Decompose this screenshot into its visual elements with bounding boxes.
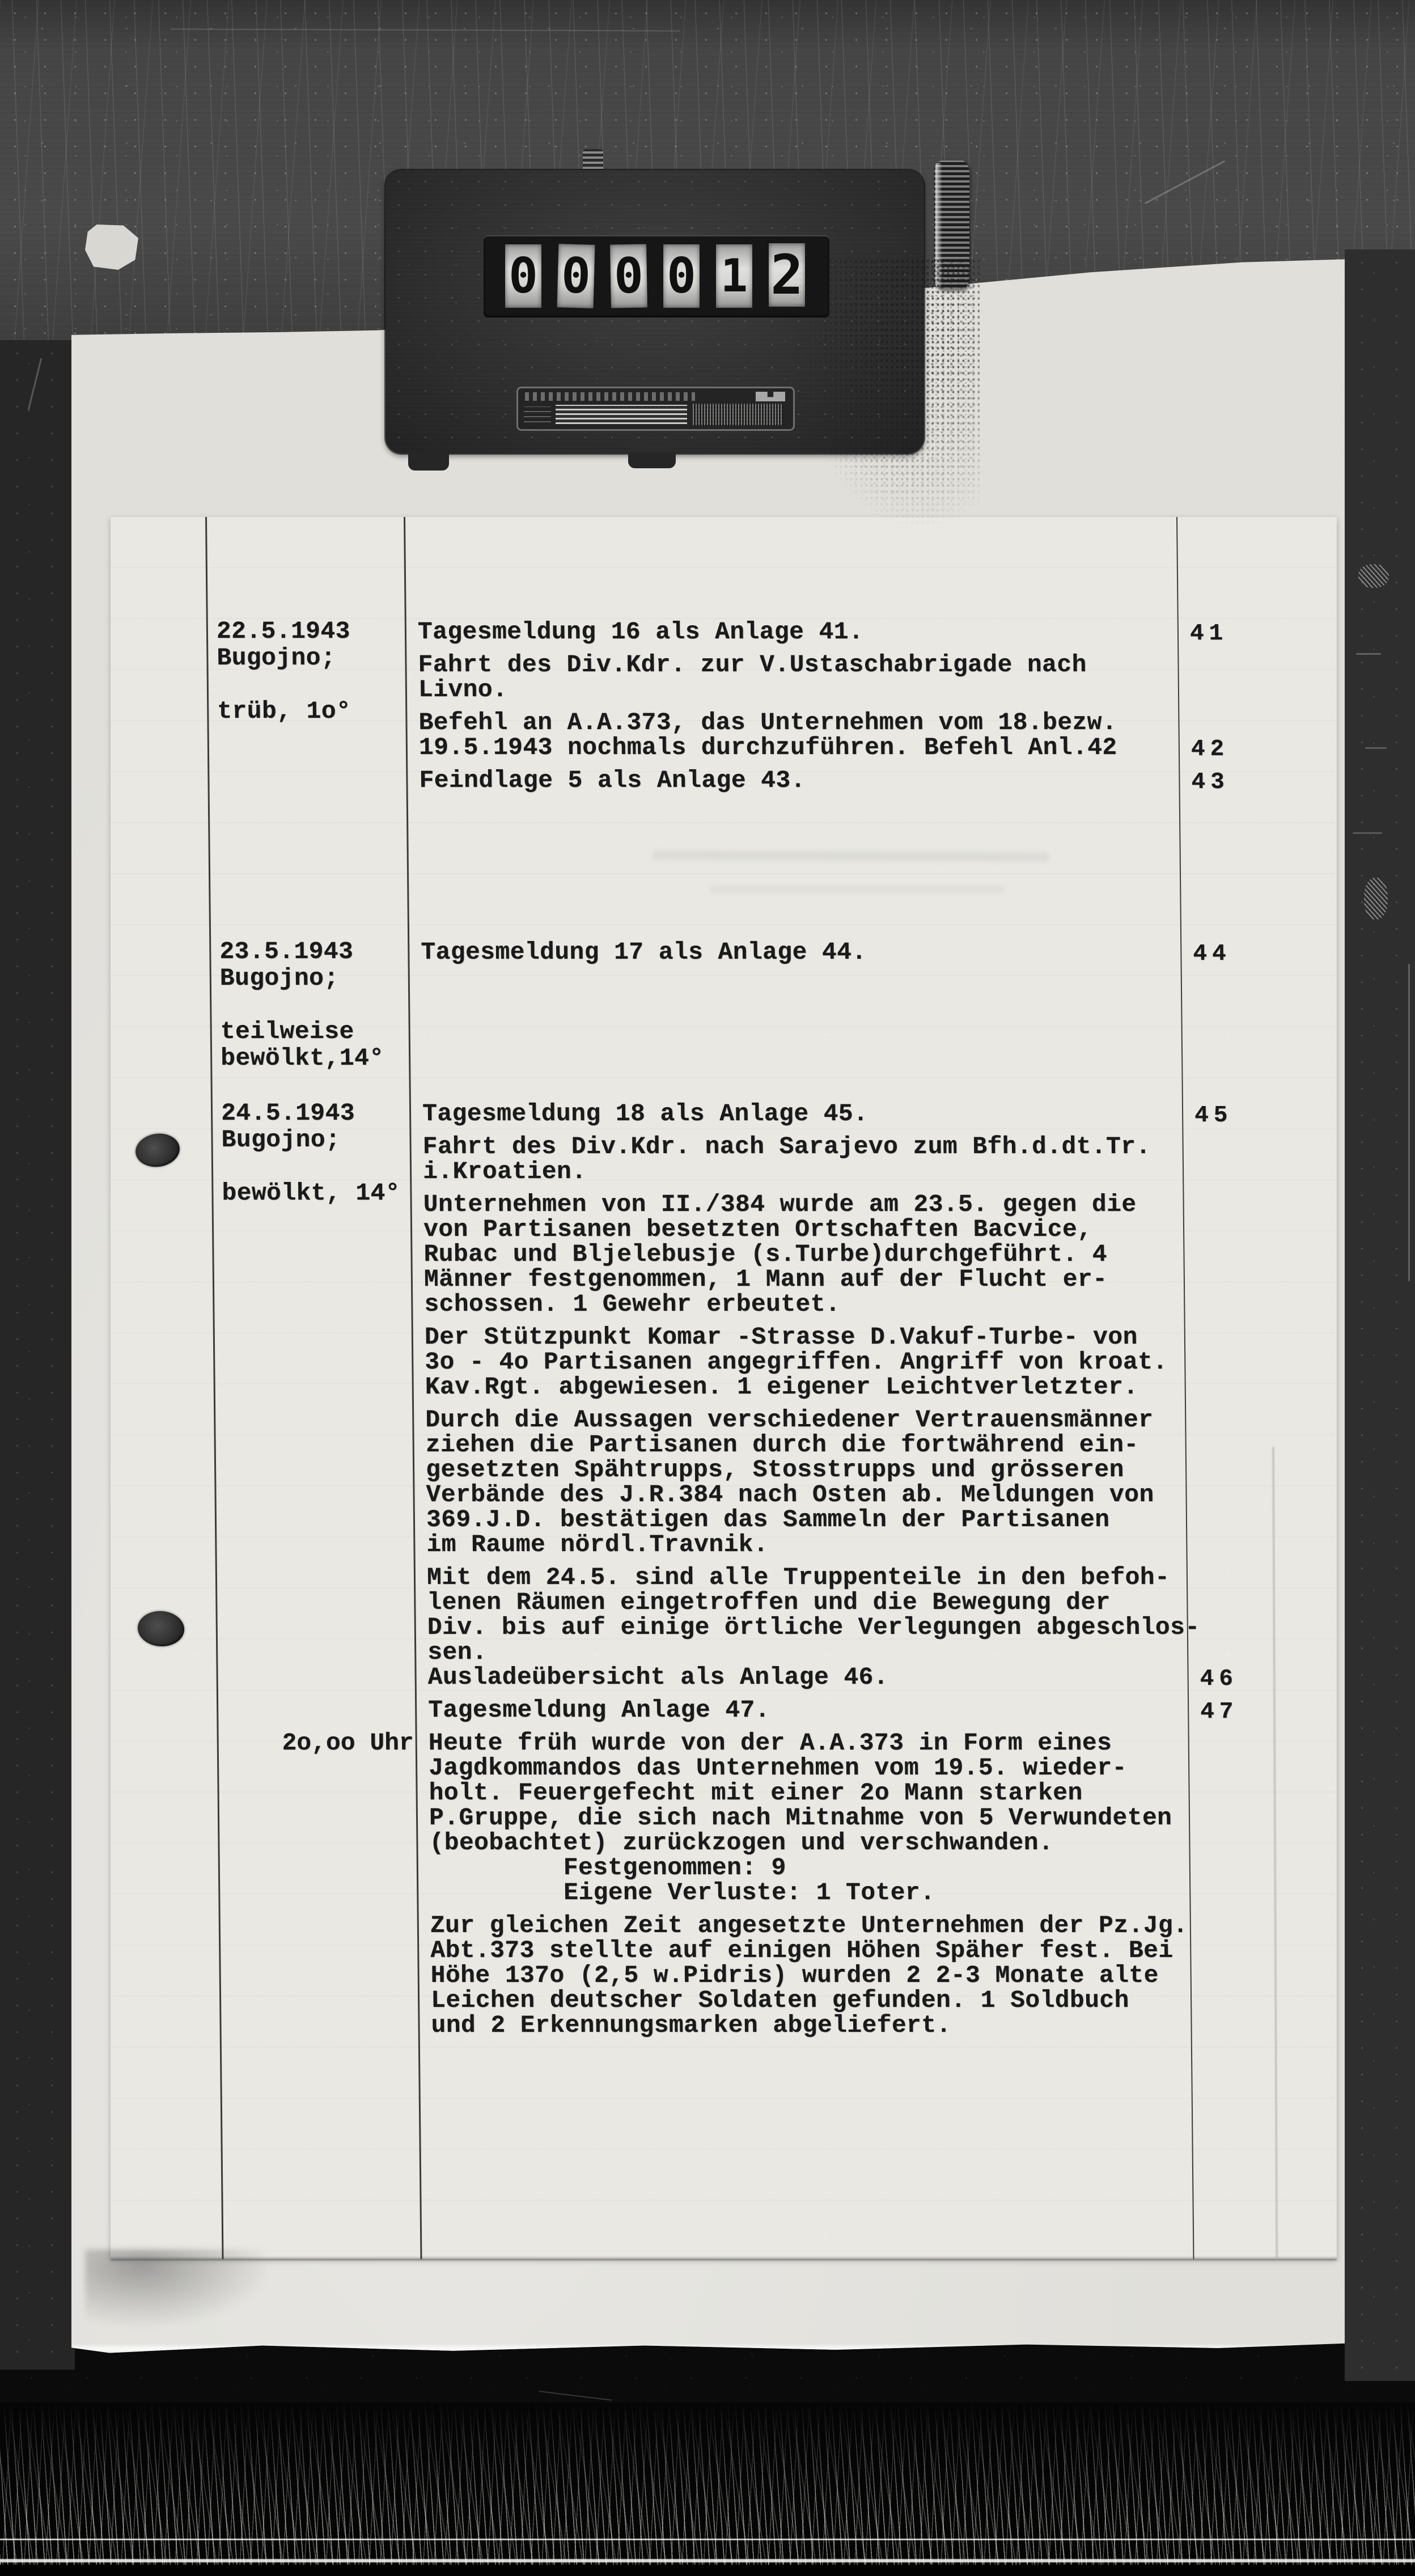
- text-line: Leichen deutscher Soldaten gefunden. 1 S…: [431, 1986, 1259, 2011]
- label-brand-text: [525, 392, 695, 401]
- text-line: Festgenommen: 9: [430, 1854, 1257, 1879]
- counter-digit: 1: [716, 244, 752, 308]
- text-line: Heute früh wurde von der A.A.373 in Form…: [429, 1729, 1256, 1754]
- scratch-mark: [1365, 747, 1387, 749]
- text-run: Fahrt des Div.Kdr. nach Sarajevo zum Bfh…: [422, 1133, 1150, 1160]
- film-black-edge: [0, 2565, 1415, 2576]
- smudge-stain: [85, 2249, 272, 2329]
- text-line: Der Stützpunkt Komar -Strasse D.Vakuf-Tu…: [425, 1323, 1252, 1348]
- text-run: 369.J.D. bestätigen das Sammeln der Part…: [426, 1506, 1110, 1533]
- film-grain-texture: [0, 340, 75, 2370]
- entry-date-line: Bugojno;: [221, 1126, 408, 1153]
- entry-paragraph: Heute früh wurde von der A.A.373 in Form…: [429, 1729, 1258, 1904]
- entry-body: Tagesmeldung 16 als Anlage 41.41Fahrt de…: [418, 618, 1247, 799]
- text-line: von Partisanen besetzten Ortschaften Bac…: [423, 1215, 1251, 1240]
- entry-paragraph: Ausladeübersicht als Anlage 46.46: [427, 1663, 1255, 1688]
- text-line: i.Kroatien.: [423, 1158, 1251, 1183]
- text-line: Div. bis auf einige örtliche Verlegungen…: [427, 1613, 1255, 1638]
- entry-date-line: [220, 992, 407, 1018]
- text-run: Zur gleichen Zeit angesetzte Unternehmen…: [430, 1912, 1188, 1939]
- counter-digit: 0: [610, 244, 647, 308]
- margin-anlage-number: 42: [1191, 736, 1230, 762]
- smudge-stain: [793, 258, 980, 524]
- text-line: Fahrt des Div.Kdr. zur V.Ustaschabrigade…: [418, 651, 1245, 676]
- film-left-margin: [0, 340, 75, 2370]
- text-run: Div. bis auf einige örtliche Verlegungen…: [427, 1613, 1200, 1641]
- text-line: Verbände des J.R.384 nach Osten ab. Meld…: [426, 1481, 1253, 1506]
- text-run: Verbände des J.R.384 nach Osten ab. Meld…: [426, 1481, 1154, 1509]
- paper-crease: [1272, 1447, 1277, 2257]
- entry-paragraph: Tagesmeldung 18 als Anlage 45.45: [422, 1100, 1250, 1125]
- counter-foot: [408, 452, 449, 471]
- text-run: i.Kroatien.: [423, 1158, 587, 1185]
- text-line: Tagesmeldung 16 als Anlage 41.41: [418, 618, 1245, 643]
- text-line: 369.J.D. bestätigen das Sammeln der Part…: [426, 1506, 1254, 1531]
- text-run: im Raume nördl.Travnik.: [426, 1531, 768, 1558]
- counter-digit: 0: [505, 244, 541, 308]
- text-run: Der Stützpunkt Komar -Strasse D.Vakuf-Tu…: [425, 1323, 1138, 1351]
- page-content-layer: 22.5.1943Bugojno; trüb, 1o°Tagesmeldung …: [111, 517, 1353, 2259]
- table-rule-left: [205, 517, 223, 2259]
- entry-date-line: bewölkt, 14°: [222, 1180, 409, 1206]
- ink-bleedthrough: [709, 885, 1004, 893]
- text-run: Heute früh wurde von der A.A.373 in Form…: [429, 1729, 1112, 1757]
- text-run: 19.5.1943 nochmals durchzuführen. Befehl…: [419, 734, 1117, 761]
- entry-paragraph: Tagesmeldung 17 als Anlage 44.44: [421, 938, 1248, 963]
- counter-foot: [628, 452, 676, 468]
- margin-anlage-number: 41: [1190, 621, 1228, 647]
- entry-date-line: Bugojno;: [217, 645, 404, 671]
- text-run: Feindlage 5 als Anlage 43.: [419, 766, 806, 794]
- entry-paragraph: Befehl an A.A.373, das Unternehmen vom 1…: [418, 709, 1247, 759]
- entry-paragraph: Der Stützpunkt Komar -Strasse D.Vakuf-Tu…: [425, 1323, 1253, 1398]
- text-line: Zur gleichen Zeit angesetzte Unternehmen…: [430, 1912, 1258, 1937]
- entry-paragraph: Feindlage 5 als Anlage 43.43: [419, 766, 1247, 791]
- text-line: Tagesmeldung Anlage 47.47: [428, 1696, 1256, 1721]
- entry-paragraph: Unternehmen von II./384 wurde am 23.5. g…: [423, 1190, 1252, 1315]
- text-line: und 2 Erkennungsmarken abgeliefert.: [431, 2011, 1259, 2036]
- margin-anlage-number: 45: [1194, 1103, 1233, 1129]
- entry-date-block: 23.5.1943Bugojno; teilweisebewölkt,14°: [219, 938, 408, 1071]
- film-frame-line: [0, 2539, 1415, 2540]
- text-line: 19.5.1943 nochmals durchzuführen. Befehl…: [419, 734, 1247, 759]
- text-line: schossen. 1 Gewehr erbeutet.: [424, 1290, 1252, 1315]
- entry-date-line: [222, 1153, 409, 1180]
- page-bottom-edge: [111, 2256, 1337, 2260]
- margin-anlage-number: 44: [1193, 941, 1231, 967]
- counter-digit-row: 0 0 0 0 1 2: [505, 244, 805, 308]
- entry-date-block: 24.5.1943Bugojno; bewölkt, 14°: [221, 1100, 409, 1206]
- entry-paragraph: Mit dem 24.5. sind alle Truppenteile in …: [427, 1564, 1256, 1663]
- entry-body: Tagesmeldung 18 als Anlage 45.45Fahrt de…: [422, 1100, 1259, 2044]
- text-run: Höhe 137o (2,5 w.Pidris) wurden 2 2-3 Mo…: [430, 1961, 1158, 1989]
- text-run: Tagesmeldung Anlage 47.: [428, 1696, 770, 1724]
- margin-anlage-number: 47: [1200, 1699, 1239, 1725]
- text-line: Livno.: [418, 676, 1246, 701]
- text-line: Durch die Aussagen verschiedener Vertrau…: [425, 1406, 1253, 1431]
- text-line: im Raume nördl.Travnik.: [426, 1531, 1254, 1556]
- text-line: Fahrt des Div.Kdr. nach Sarajevo zum Bfh…: [422, 1133, 1250, 1158]
- text-line: holt. Feuergefecht mit einer 2o Mann sta…: [429, 1779, 1256, 1804]
- entry-paragraph: Tagesmeldung 16 als Anlage 41.41: [418, 618, 1245, 643]
- time-label: 2o,oo Uhr: [271, 1729, 414, 1757]
- text-line: ziehen die Partisanen durch die fortwähr…: [425, 1431, 1253, 1456]
- text-line: Befehl an A.A.373, das Unternehmen vom 1…: [418, 709, 1246, 734]
- entry-date-line: teilweise: [220, 1018, 407, 1045]
- label-logo-icon: [756, 392, 785, 401]
- text-line: Unternehmen von II./384 wurde am 23.5. g…: [423, 1190, 1251, 1215]
- text-run: Männer festgenommen, 1 Mann auf der Fluc…: [424, 1265, 1108, 1293]
- text-line: 3o - 4o Partisanen angegriffen. Angriff …: [425, 1348, 1252, 1373]
- scratch-mark: [539, 2391, 612, 2401]
- text-run: lenen Räumen eingetroffen und die Bewegu…: [427, 1588, 1111, 1616]
- scratch-mark: [1356, 653, 1381, 655]
- war-diary-page: 22.5.1943Bugojno; trüb, 1o°Tagesmeldung …: [111, 517, 1337, 2259]
- label-serial-text: [693, 404, 783, 425]
- text-run: gesetzten Spähtrupps, Stosstrupps und gr…: [426, 1456, 1124, 1484]
- film-frame-line: [0, 2559, 1415, 2562]
- text-run: (beobachtet) zurückzogen und verschwande…: [429, 1829, 1053, 1857]
- film-bottom-texture: [0, 2403, 1415, 2565]
- ink-bleedthrough: [653, 850, 1049, 862]
- label-fine-print: [524, 406, 551, 422]
- entry-paragraph: Fahrt des Div.Kdr. zur V.Ustaschabrigade…: [418, 651, 1246, 701]
- entry-date-line: [217, 671, 404, 698]
- text-line: Männer festgenommen, 1 Mann auf der Fluc…: [424, 1265, 1252, 1290]
- text-run: Unternehmen von II./384 wurde am 23.5. g…: [423, 1190, 1136, 1218]
- text-line: Tagesmeldung 17 als Anlage 44.44: [421, 938, 1248, 963]
- text-run: und 2 Erkennungsmarken abgeliefert.: [431, 2011, 951, 2039]
- text-run: schossen. 1 Gewehr erbeutet.: [424, 1290, 840, 1318]
- counter-digit: 0: [557, 244, 595, 308]
- text-line: Tagesmeldung 18 als Anlage 45.45: [422, 1100, 1250, 1125]
- text-line: sen.: [427, 1638, 1255, 1663]
- text-run: Jagdkommandos das Unternehmen vom 19.5. …: [429, 1754, 1127, 1782]
- entry-date-line: bewölkt,14°: [221, 1045, 408, 1071]
- text-run: holt. Feuergefecht mit einer 2o Mann sta…: [429, 1779, 1082, 1807]
- text-run: Festgenommen: 9: [430, 1854, 786, 1882]
- text-line: Mit dem 24.5. sind alle Truppenteile in …: [427, 1564, 1255, 1588]
- margin-anlage-number: 46: [1200, 1666, 1238, 1692]
- text-line: Höhe 137o (2,5 w.Pidris) wurden 2 2-3 Mo…: [430, 1961, 1258, 1986]
- microfilm-frame: 22.5.1943Bugojno; trüb, 1o°Tagesmeldung …: [0, 0, 1415, 2576]
- text-run: Befehl an A.A.373, das Unternehmen vom 1…: [418, 709, 1117, 736]
- text-run: von Partisanen besetzten Ortschaften Bac…: [423, 1215, 1092, 1243]
- text-line: Eigene Verluste: 1 Toter.: [430, 1879, 1257, 1904]
- text-line: Abt.373 stellte auf einigen Höhen Späher…: [430, 1937, 1258, 1961]
- counter-digit-window: 0 0 0 0 1 2: [484, 235, 829, 317]
- text-run: Ausladeübersicht als Anlage 46.: [427, 1663, 888, 1691]
- text-run: Tagesmeldung 18 als Anlage 45.: [422, 1100, 869, 1128]
- text-run: Tagesmeldung 17 als Anlage 44.: [421, 938, 867, 966]
- entry-date-line: trüb, 1o°: [217, 698, 404, 724]
- margin-anlage-number: 43: [1191, 769, 1230, 795]
- text-run: Kav.Rgt. abgewiesen. 1 eigener Leichtver…: [425, 1373, 1138, 1401]
- text-run: Rubac und Bljelebusje (s.Turbe)durchgefü…: [423, 1240, 1107, 1268]
- text-line: Ausladeübersicht als Anlage 46.46: [427, 1663, 1255, 1688]
- scratch-scribble: [1358, 564, 1389, 588]
- streak-texture: [0, 2403, 1415, 2565]
- entry-paragraph: Fahrt des Div.Kdr. nach Sarajevo zum Bfh…: [422, 1133, 1251, 1183]
- text-line: Rubac und Bljelebusje (s.Turbe)durchgefü…: [423, 1240, 1251, 1265]
- text-run: P.Gruppe, die sich nach Mitnahme von 5 V…: [429, 1804, 1172, 1832]
- entry-body: Tagesmeldung 17 als Anlage 44.44: [421, 938, 1249, 971]
- text-run: Durch die Aussagen verschiedener Vertrau…: [425, 1406, 1153, 1434]
- entry-date-block: 22.5.1943Bugojno; trüb, 1o°: [217, 618, 405, 724]
- counter-label-plate: [516, 387, 795, 431]
- text-run: Mit dem 24.5. sind alle Truppenteile in …: [427, 1564, 1170, 1591]
- text-line: Kav.Rgt. abgewiesen. 1 eigener Leichtver…: [425, 1373, 1252, 1398]
- entry-date-line: Bugojno;: [220, 965, 407, 992]
- text-run: Livno.: [418, 676, 508, 704]
- text-run: sen.: [427, 1638, 487, 1666]
- text-run: ziehen die Partisanen durch die fortwähr…: [425, 1431, 1138, 1459]
- text-line: Feindlage 5 als Anlage 43.43: [419, 766, 1247, 791]
- text-run: 3o - 4o Partisanen angegriffen. Angriff …: [425, 1348, 1168, 1376]
- text-line: P.Gruppe, die sich nach Mitnahme von 5 V…: [429, 1804, 1257, 1829]
- text-line: Jagdkommandos das Unternehmen vom 19.5. …: [429, 1754, 1256, 1779]
- entry-date-line: 22.5.1943: [217, 618, 404, 645]
- entry-date-line: 24.5.1943: [221, 1100, 408, 1126]
- text-run: Fahrt des Div.Kdr. zur V.Ustaschabrigade…: [418, 651, 1087, 679]
- text-run: Leichen deutscher Soldaten gefunden. 1 S…: [431, 1986, 1129, 2014]
- text-line: lenen Räumen eingetroffen und die Bewegu…: [427, 1588, 1255, 1613]
- torn-paper-edge: [71, 2346, 1345, 2353]
- counter-digit: 0: [663, 244, 700, 308]
- scratch-mark: [1353, 832, 1382, 834]
- film-edge-line: [1408, 964, 1410, 1281]
- scratch-scribble: [1364, 878, 1388, 920]
- text-run: Eigene Verluste: 1 Toter.: [430, 1879, 935, 1906]
- label-stripe-block: [556, 405, 687, 424]
- text-run: Tagesmeldung 16 als Anlage 41.: [418, 618, 864, 646]
- entry-paragraph: Durch die Aussagen verschiedener Vertrau…: [425, 1406, 1255, 1556]
- text-run: Abt.373 stellte auf einigen Höhen Späher…: [430, 1937, 1173, 1964]
- text-line: (beobachtet) zurückzogen und verschwande…: [429, 1829, 1257, 1854]
- entry-paragraph: Zur gleichen Zeit angesetzte Unternehmen…: [430, 1912, 1259, 2036]
- entry-date-line: 23.5.1943: [219, 938, 406, 965]
- entry-paragraph: Tagesmeldung Anlage 47.47: [428, 1696, 1256, 1721]
- text-line: gesetzten Spähtrupps, Stosstrupps und gr…: [426, 1456, 1253, 1481]
